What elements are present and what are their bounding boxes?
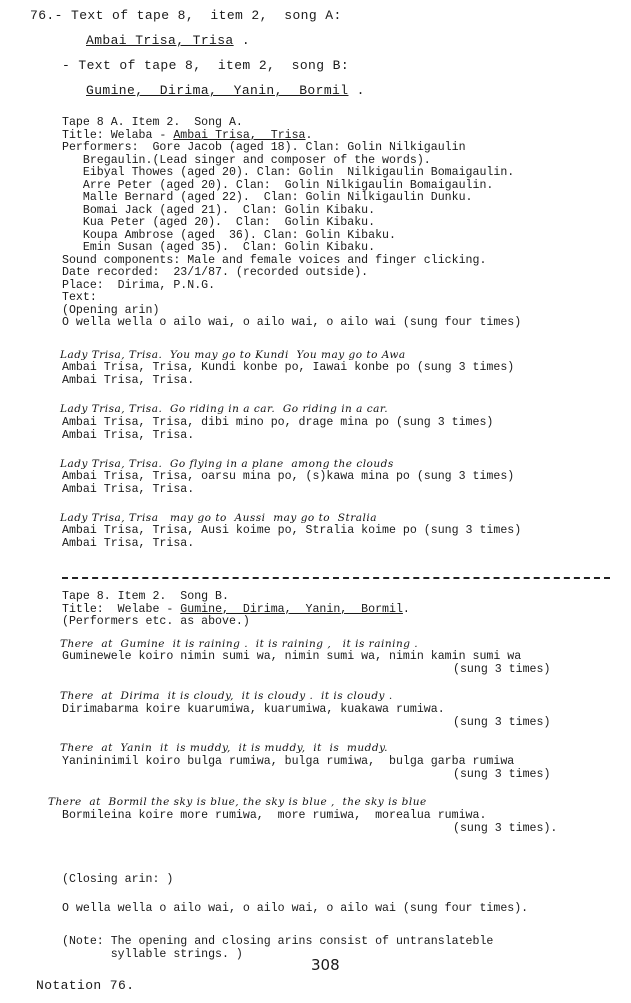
verse-line: Ambai Trisa, Trisa, dibi mino po, drage … [62, 417, 493, 430]
header-title-a: Ambai Trisa, Trisa . [86, 33, 250, 48]
verse-translation: There at Bormil the sky is blue, the sky… [48, 796, 427, 808]
verse-repeat: (sung 3 times) [453, 664, 550, 677]
song-a-title-underlined: Ambai Trisa, Trisa [173, 129, 305, 142]
verse-line: Ambai Trisa, Trisa, Kundi konbe po, Iawa… [62, 362, 514, 375]
title-a-underlined: Ambai Trisa, Trisa [86, 33, 234, 48]
page-number: 308 [311, 956, 340, 974]
verse-line: Bormileina koire more rumiwa, more rumiw… [62, 810, 486, 823]
verse-repeat: (sung 3 times) [453, 717, 550, 730]
song-a-title-prefix: Title: Welaba - [62, 129, 173, 142]
title-b-underlined: Gumine, Dirima, Yanin, Bormil [86, 83, 348, 98]
performer-line: Malle Bernard (aged 22). Clan: Golin Nil… [62, 192, 473, 205]
verse-line: Ambai Trisa, Trisa, Ausi koime po, Stral… [62, 525, 521, 538]
notation-label: Notation 76. [36, 978, 134, 993]
verse-translation: There at Gumine it is raining . it is ra… [60, 638, 418, 650]
note-line: syllable strings. ) [62, 949, 243, 962]
closing-arin-line: O wella wella o ailo wai, o ailo wai, o … [62, 903, 528, 916]
performer-line: Performers: Gore Jacob (aged 18). Clan: … [62, 142, 466, 155]
header-title-b: Gumine, Dirima, Yanin, Bormil . [86, 83, 365, 98]
verse-repeat: (sung 3 times) [453, 769, 550, 782]
title-a-suffix: . [234, 33, 250, 48]
date-recorded: Date recorded: 23/1/87. (recorded outsid… [62, 267, 368, 280]
performer-line: Eibyal Thowes (aged 20). Clan: Golin Nil… [62, 167, 514, 180]
verse-translation: Lady Trisa, Trisa. You may go to Kundi Y… [60, 349, 406, 361]
verse-line: Ambai Trisa, Trisa. [62, 538, 194, 551]
section-divider [62, 577, 610, 579]
verse-translation: Lady Trisa, Trisa may go to Aussi may go… [60, 512, 377, 524]
verse-line: Yanininimil koiro bulga rumiwa, bulga ru… [62, 756, 514, 769]
verse-translation: There at Yanin it is muddy, it is muddy,… [60, 742, 388, 754]
verse-line: Guminewele koiro nimin sumi wa, nimin su… [62, 651, 521, 664]
opening-arin-line: O wella wella o ailo wai, o ailo wai, o … [62, 317, 521, 330]
song-b-title-underlined: Gumine, Dirima, Yanin, Bormil [180, 603, 403, 616]
note-line: (Note: The opening and closing arins con… [62, 936, 493, 949]
header-line-song-b: - Text of tape 8, item 2, song B: [62, 58, 349, 73]
performers-note: (Performers etc. as above.) [62, 616, 250, 629]
verse-translation: Lady Trisa, Trisa. Go flying in a plane … [60, 458, 394, 470]
header-line-song-a: 76.- Text of tape 8, item 2, song A: [30, 8, 342, 23]
verse-line: Ambai Trisa, Trisa. [62, 430, 194, 443]
song-a-title-suffix: . [306, 129, 313, 142]
verse-repeat: (sung 3 times). [453, 823, 557, 836]
verse-line: Ambai Trisa, Trisa. [62, 375, 194, 388]
closing-arin-label: (Closing arin: ) [62, 874, 173, 887]
song-b-title-prefix: Title: Welabe - [62, 603, 180, 616]
text-label: Text: [62, 292, 97, 305]
title-b-suffix: . [348, 83, 364, 98]
performer-line: Emin Susan (aged 35). Clan: Golin Kibaku… [62, 242, 375, 255]
performer-line: Kua Peter (aged 20). Clan: Golin Kibaku. [62, 217, 375, 230]
verse-line: Dirimabarma koire kuarumiwa, kuarumiwa, … [62, 704, 445, 717]
song-b-title-suffix: . [403, 603, 410, 616]
verse-line: Ambai Trisa, Trisa. [62, 484, 194, 497]
verse-translation: There at Dirima it is cloudy, it is clou… [60, 690, 393, 702]
verse-translation: Lady Trisa, Trisa. Go riding in a car. G… [60, 403, 388, 415]
verse-line: Ambai Trisa, Trisa, oarsu mina po, (s)ka… [62, 471, 514, 484]
